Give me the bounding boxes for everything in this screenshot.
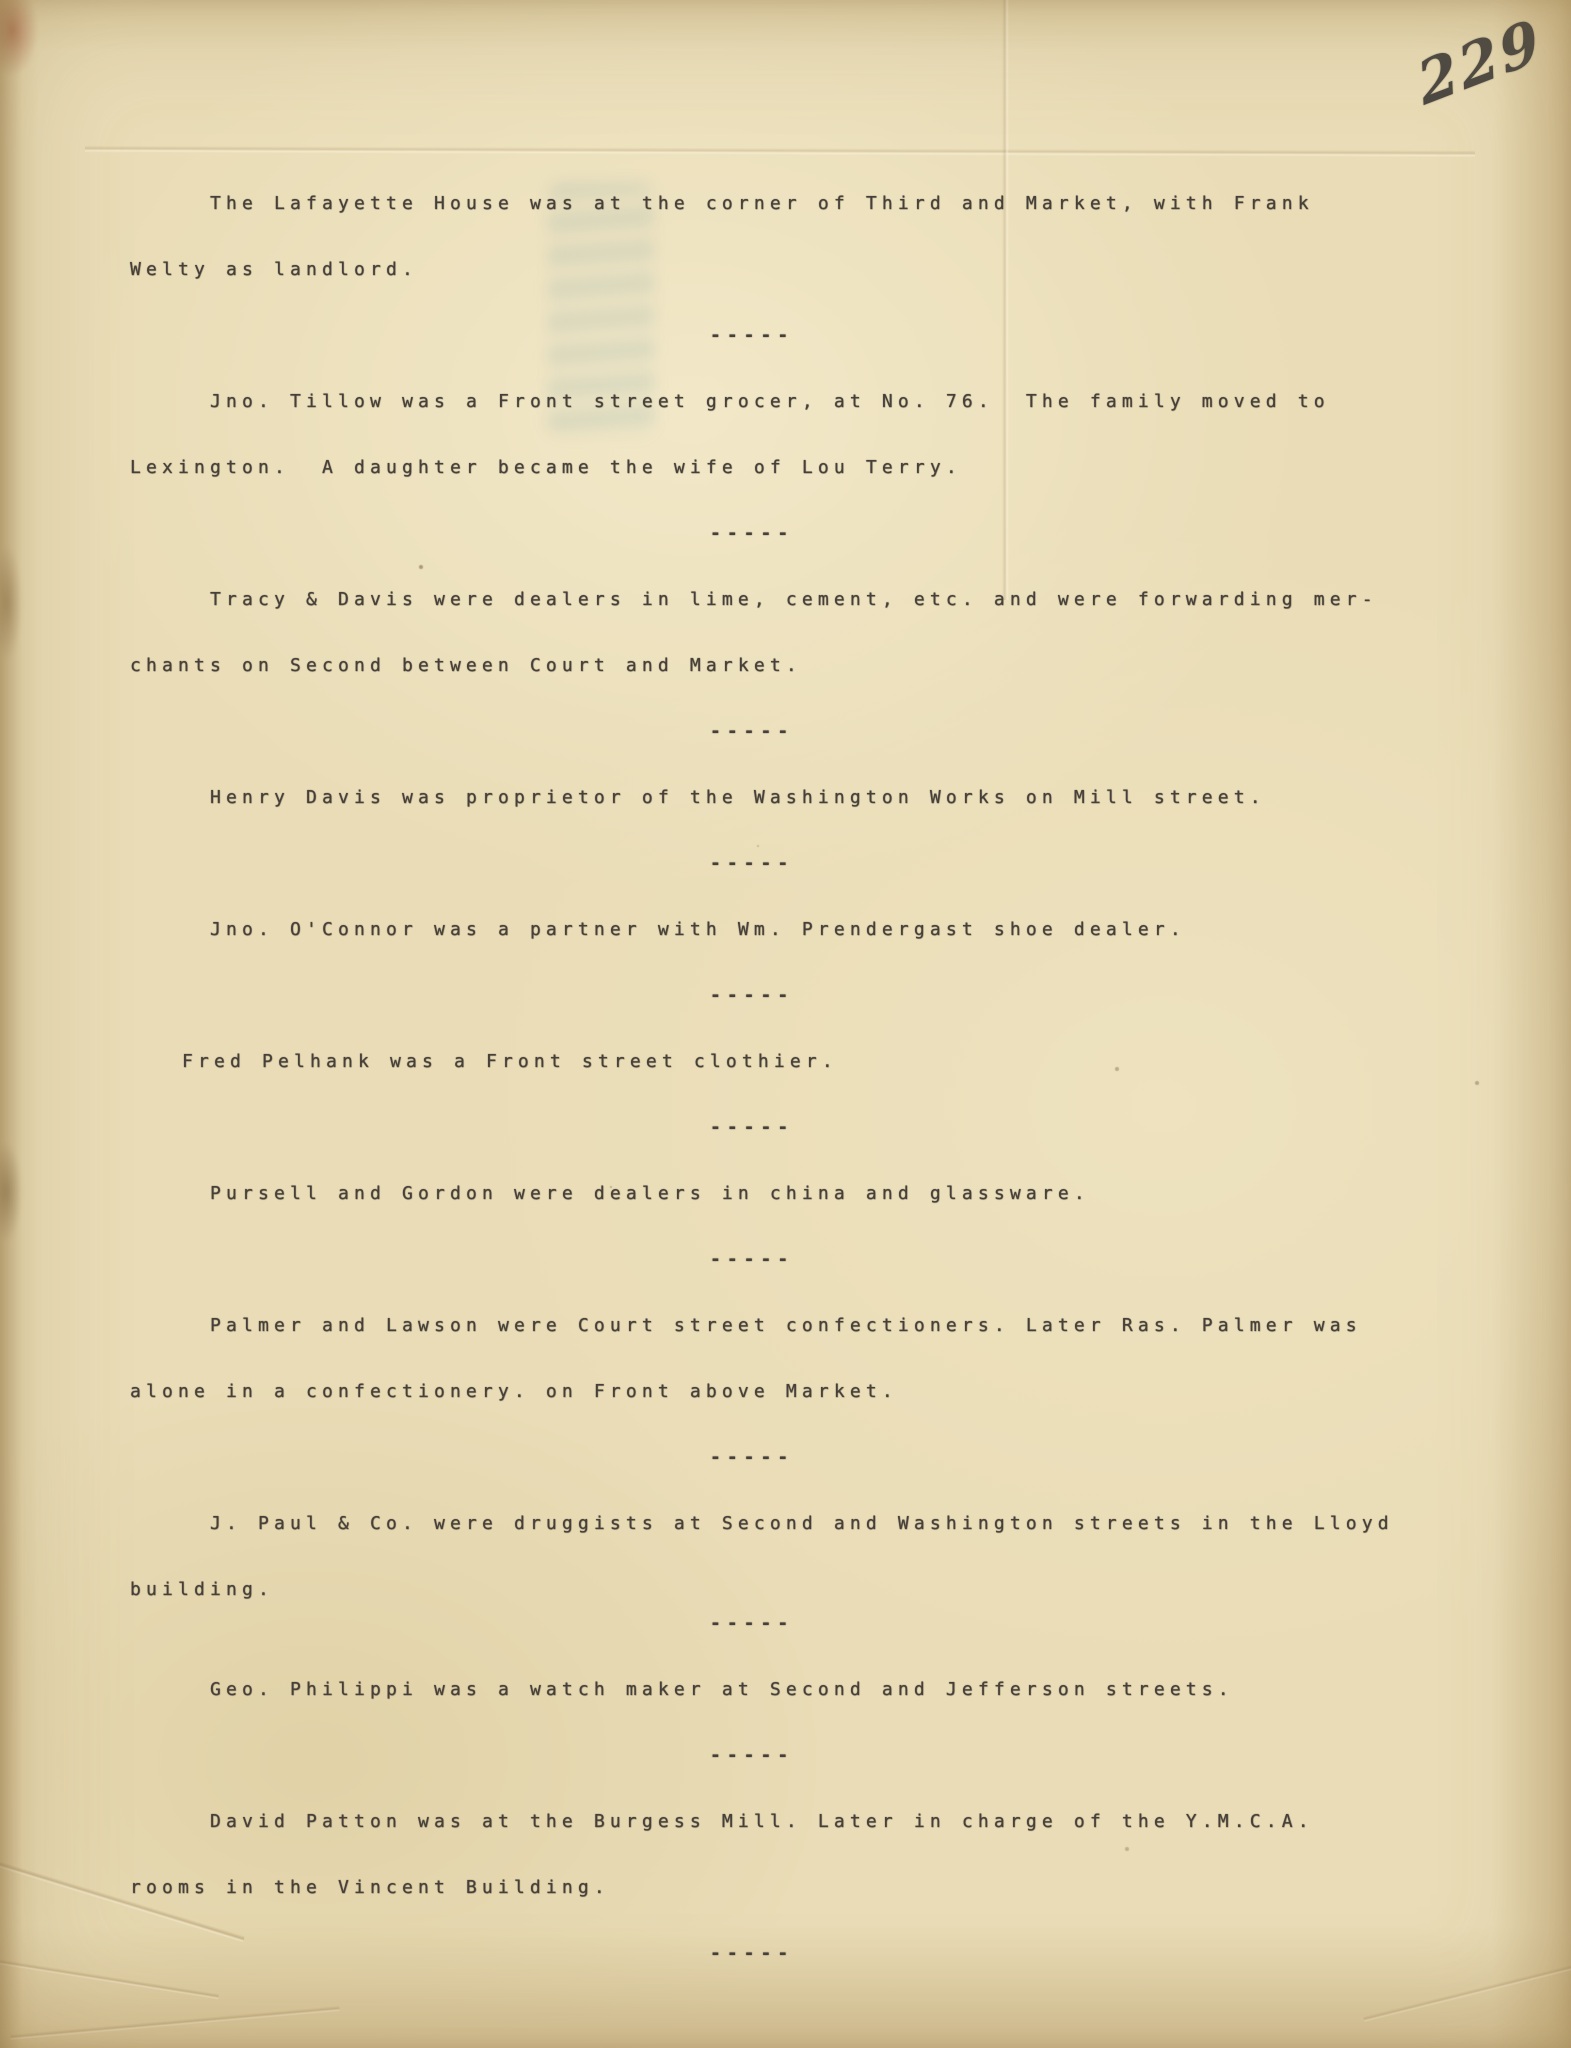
paragraph: Jno. O'Connor was a partner with Wm. Pre… [130,897,1530,963]
paragraph: Pursell and Gordon were dealers in china… [130,1161,1530,1227]
section-separator: ----- [130,699,1530,765]
section-separator: ----- [130,963,1530,1029]
typed-line: alone in a confectionery. on Front above… [130,1359,1530,1425]
typed-content: The Lafayette House was at the corner of… [130,171,1530,1987]
typed-line: rooms in the Vincent Building. [130,1855,1530,1921]
edge-tear-notch [0,1142,22,1242]
typed-line: Geo. Philippi was a watch maker at Secon… [130,1657,1530,1723]
paragraph: David Patton was at the Burgess Mill. La… [130,1789,1530,1921]
typed-line: chants on Second between Court and Marke… [130,633,1530,699]
typed-line: Palmer and Lawson were Court street conf… [130,1293,1530,1359]
typed-line: Jno. Tillow was a Front street grocer, a… [130,369,1530,435]
paragraph: Fred Pelhank was a Front street clothier… [130,1029,1530,1095]
typed-line: Lexington. A daughter became the wife of… [130,435,1530,501]
typed-line: Fred Pelhank was a Front street clothier… [130,1029,1530,1095]
typed-line: Henry Davis was proprietor of the Washin… [130,765,1530,831]
typed-line: Pursell and Gordon were dealers in china… [130,1161,1530,1227]
section-separator: ----- [130,1591,1530,1657]
manuscript-page: 229 The Lafayette House was at the corne… [0,0,1571,2048]
section-separator: ----- [130,1723,1530,1789]
bottom-left-crease [10,2006,339,2041]
paragraph: The Lafayette House was at the corner of… [130,171,1530,303]
typed-line: Welty as landlord. [130,237,1530,303]
typed-line: David Patton was at the Burgess Mill. La… [130,1789,1530,1855]
section-separator: ----- [130,831,1530,897]
corner-stain [0,0,38,76]
paper-speckles [0,0,2,2]
typed-line: J. Paul & Co. were druggists at Second a… [130,1491,1530,1557]
section-separator: ----- [130,1425,1530,1491]
typed-line: The Lafayette House was at the corner of… [130,171,1530,237]
section-separator: ----- [130,303,1530,369]
left-edge-shading [0,0,22,2048]
paragraph: Jno. Tillow was a Front street grocer, a… [130,369,1530,501]
handwritten-page-number: 229 [1412,5,1549,119]
paragraph: Geo. Philippi was a watch maker at Secon… [130,1657,1530,1723]
section-separator: ----- [130,1921,1530,1987]
horizontal-fold-crease [85,146,1475,158]
section-separator: ----- [130,1227,1530,1293]
paragraph: Tracy & Davis were dealers in lime, ceme… [130,567,1530,699]
typed-line: Tracy & Davis were dealers in lime, ceme… [130,567,1530,633]
paragraph: Henry Davis was proprietor of the Washin… [130,765,1530,831]
section-separator: ----- [130,1095,1530,1161]
typed-line: Jno. O'Connor was a partner with Wm. Pre… [130,897,1530,963]
section-separator: ----- [130,501,1530,567]
edge-wear-spot [0,545,22,660]
paragraph: Palmer and Lawson were Court street conf… [130,1293,1530,1425]
